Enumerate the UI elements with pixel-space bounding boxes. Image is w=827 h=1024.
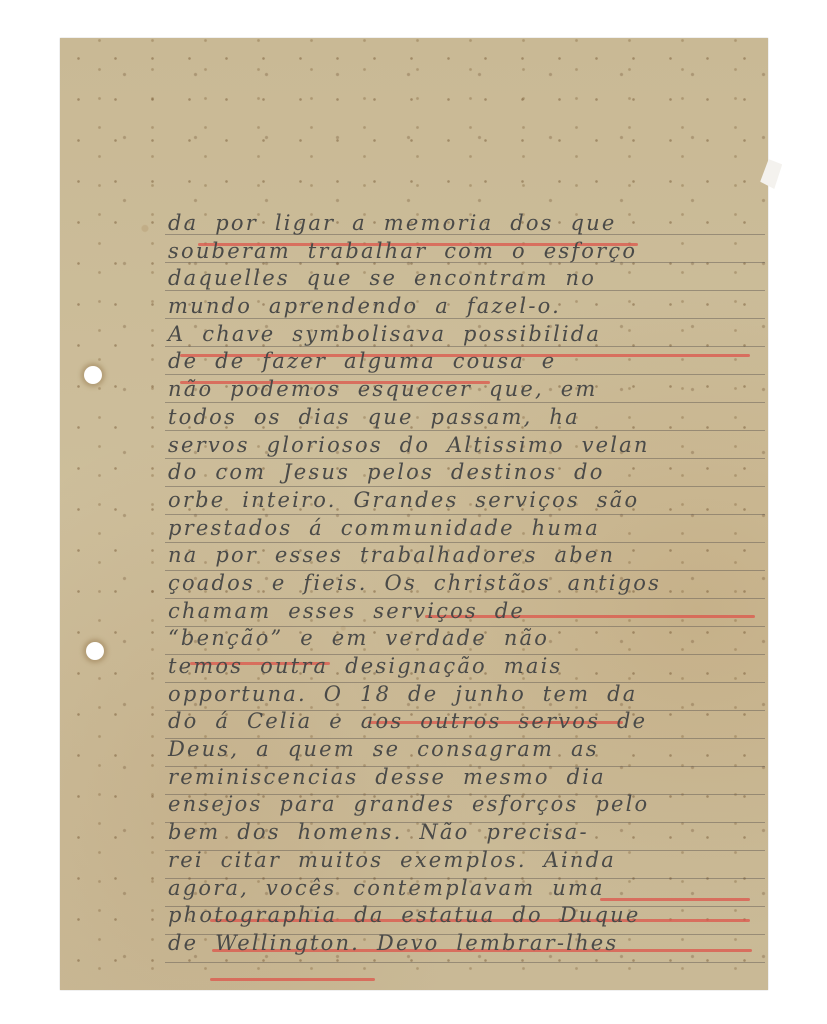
text-line: na por esses trabalhadores aben [168,542,768,570]
text-line: Deus, a quem se consagram as [168,736,768,764]
text-line: do com Jesus pelos destinos do [168,459,768,487]
text-line: todos os dias que passam, ha [168,404,768,432]
text-line: souberam trabalhar com o esforço [168,238,768,266]
text-line: da por ligar a memoria dos que [168,210,768,238]
text-line: opportuna. O 18 de junho tem da [168,681,768,709]
text-line: rei citar muitos exemplos. Ainda [168,847,768,875]
text-line: photographia da estatua do Duque [168,902,768,930]
text-line: A chave symbolisava possibilida [168,321,768,349]
handwritten-text: da por ligar a memoria dos que souberam … [168,210,768,958]
text-line: temos outra designação mais [168,653,768,681]
text-line: daquelles que se encontram no [168,265,768,293]
text-line: “benção” e em verdade não [168,625,768,653]
punch-hole-top [84,366,102,384]
underline-10 [210,978,375,981]
text-line: ensejos para grandes esforços pelo [168,791,768,819]
text-line: chamam esses serviços de [168,598,768,626]
punch-hole-bottom [86,642,104,660]
text-line: não podemos esquecer que, em [168,376,768,404]
text-line: bem dos homens. Não precisa- [168,819,768,847]
text-line: reminiscencias desse mesmo dia [168,764,768,792]
text-line: servos gloriosos do Altissimo velan [168,432,768,460]
text-line: de de fazer alguma cousa e [168,348,768,376]
text-line: çoados e fieis. Os christãos antigos [168,570,768,598]
text-line: mundo aprendendo a fazel-o. [168,293,768,321]
text-line: de Wellington. Devo lembrar-lhes [168,930,768,958]
text-line: do á Celia e aos outros servos de [168,708,768,736]
text-line: prestados á communidade huma [168,515,768,543]
text-line: agora, vocês contemplavam uma [168,875,768,903]
text-line: orbe inteiro. Grandes serviços são [168,487,768,515]
